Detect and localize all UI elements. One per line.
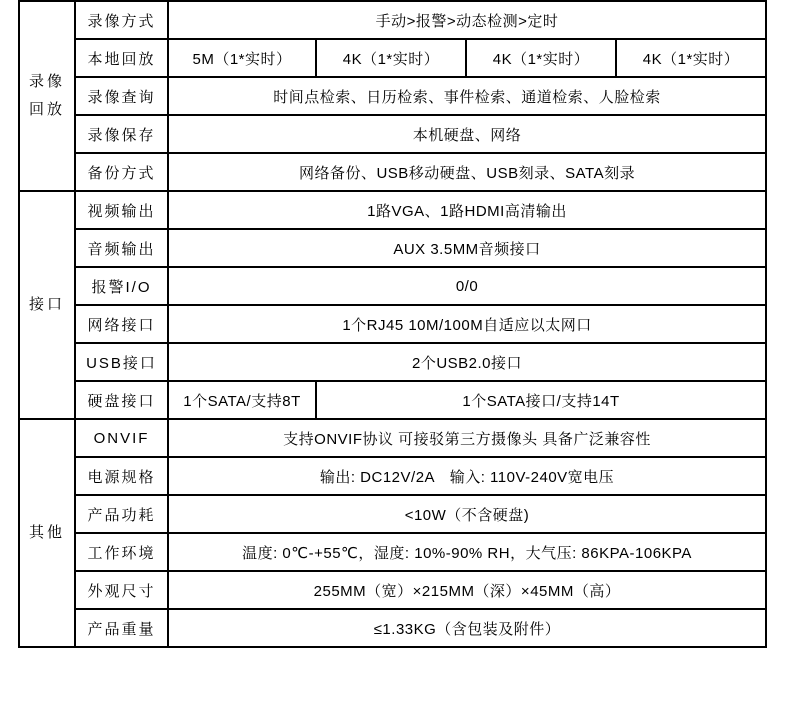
spec-table-container: 录像 回放 录像方式 手动>报警>动态检测>定时 本地回放 5M（1*实时） 4… (18, 0, 767, 648)
row-label: 产品重量 (75, 609, 168, 647)
table-row: 录像 回放 录像方式 手动>报警>动态检测>定时 (19, 1, 766, 39)
row-value: 本机硬盘、网络 (168, 115, 766, 153)
row-value: 温度: 0℃-+55℃，湿度: 10%-90% RH，大气压: 86KPA-10… (168, 533, 766, 571)
row-label: 录像查询 (75, 77, 168, 115)
table-row: 录像查询 时间点检索、日历检索、事件检索、通道检索、人脸检索 (19, 77, 766, 115)
row-value: 1个RJ45 10M/100M自适应以太网口 (168, 305, 766, 343)
category-cell-recording-playback: 录像 回放 (19, 1, 75, 191)
row-value: 网络备份、USB移动硬盘、USB刻录、SATA刻录 (168, 153, 766, 191)
row-value-cell: 1个SATA/支持8T (168, 381, 316, 419)
row-label: 网络接口 (75, 305, 168, 343)
row-value: 0/0 (168, 267, 766, 305)
row-label: 外观尺寸 (75, 571, 168, 609)
row-label: 音频输出 (75, 229, 168, 267)
table-row: 产品功耗 <10W（不含硬盘) (19, 495, 766, 533)
row-value: 支持ONVIF协议 可接驳第三方摄像头 具备广泛兼容性 (168, 419, 766, 457)
category-cell-other: 其他 (19, 419, 75, 647)
row-label: 电源规格 (75, 457, 168, 495)
row-label: 硬盘接口 (75, 381, 168, 419)
row-label: 产品功耗 (75, 495, 168, 533)
row-value-cell: 4K（1*实时） (466, 39, 616, 77)
row-label: 视频输出 (75, 191, 168, 229)
row-value: 时间点检索、日历检索、事件检索、通道检索、人脸检索 (168, 77, 766, 115)
table-row: 网络接口 1个RJ45 10M/100M自适应以太网口 (19, 305, 766, 343)
table-row: 报警I/O 0/0 (19, 267, 766, 305)
row-value: ≤1.33KG（含包装及附件） (168, 609, 766, 647)
table-row: 产品重量 ≤1.33KG（含包装及附件） (19, 609, 766, 647)
row-label: 录像保存 (75, 115, 168, 153)
row-value-cell: 5M（1*实时） (168, 39, 316, 77)
table-row: 备份方式 网络备份、USB移动硬盘、USB刻录、SATA刻录 (19, 153, 766, 191)
spec-table: 录像 回放 录像方式 手动>报警>动态检测>定时 本地回放 5M（1*实时） 4… (18, 0, 767, 648)
row-value: 手动>报警>动态检测>定时 (168, 1, 766, 39)
row-value: 1路VGA、1路HDMI高清输出 (168, 191, 766, 229)
table-row: 本地回放 5M（1*实时） 4K（1*实时） 4K（1*实时） 4K（1*实时） (19, 39, 766, 77)
row-value: 2个USB2.0接口 (168, 343, 766, 381)
row-label: 录像方式 (75, 1, 168, 39)
row-value-cell: 4K（1*实时） (316, 39, 466, 77)
table-row: 音频输出 AUX 3.5MM音频接口 (19, 229, 766, 267)
table-row: 录像保存 本机硬盘、网络 (19, 115, 766, 153)
table-row: 工作环境 温度: 0℃-+55℃，湿度: 10%-90% RH，大气压: 86K… (19, 533, 766, 571)
row-value: AUX 3.5MM音频接口 (168, 229, 766, 267)
row-value: <10W（不含硬盘) (168, 495, 766, 533)
row-value-cell: 1个SATA接口/支持14T (316, 381, 766, 419)
row-label: ONVIF (75, 419, 168, 457)
table-row: 外观尺寸 255MM（宽）×215MM（深）×45MM（高） (19, 571, 766, 609)
row-value: 输出: DC12V/2A 输入: 110V-240V宽电压 (168, 457, 766, 495)
row-value: 255MM（宽）×215MM（深）×45MM（高） (168, 571, 766, 609)
row-label: 备份方式 (75, 153, 168, 191)
row-label: 工作环境 (75, 533, 168, 571)
table-row: 其他 ONVIF 支持ONVIF协议 可接驳第三方摄像头 具备广泛兼容性 (19, 419, 766, 457)
table-row: USB接口 2个USB2.0接口 (19, 343, 766, 381)
table-row: 硬盘接口 1个SATA/支持8T 1个SATA接口/支持14T (19, 381, 766, 419)
table-row: 接口 视频输出 1路VGA、1路HDMI高清输出 (19, 191, 766, 229)
row-value-cell: 4K（1*实时） (616, 39, 766, 77)
table-row: 电源规格 输出: DC12V/2A 输入: 110V-240V宽电压 (19, 457, 766, 495)
row-label: 报警I/O (75, 267, 168, 305)
row-label: USB接口 (75, 343, 168, 381)
category-cell-interface: 接口 (19, 191, 75, 419)
row-label: 本地回放 (75, 39, 168, 77)
